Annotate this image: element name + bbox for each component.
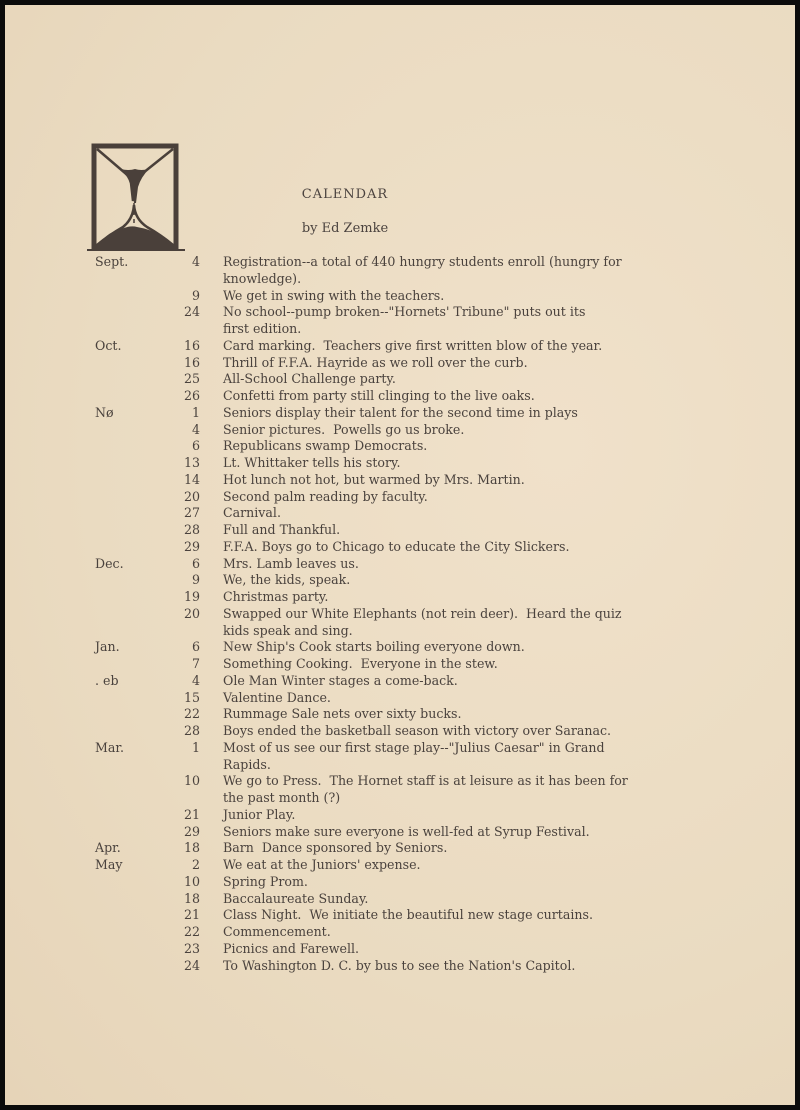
entry-month (5, 807, 172, 824)
entry-month (5, 790, 172, 807)
calendar-entry: 28Full and Thankful. (5, 522, 795, 539)
entry-day: 28 (172, 522, 200, 539)
byline: by Ed Zemke (255, 221, 435, 236)
entry-month (5, 355, 172, 372)
entry-day: 24 (172, 304, 200, 321)
calendar-entry: . eb4Ole Man Winter stages a come-back. (5, 673, 795, 690)
entry-month (5, 422, 172, 439)
hourglass-icon (91, 143, 179, 251)
entry-month (5, 924, 172, 941)
entry-month (5, 656, 172, 673)
entry-day: 4 (172, 422, 200, 439)
entry-text: first edition. (200, 321, 723, 338)
calendar-entry: 7Something Cooking. Everyone in the stew… (5, 656, 795, 673)
calendar-entry: Sept.4Registration--a total of 440 hungr… (5, 254, 795, 271)
calendar-entry: 22Rummage Sale nets over sixty bucks. (5, 706, 795, 723)
entry-day: 26 (172, 388, 200, 405)
document-page: CALENDAR by Ed Zemke Sept.4Registration-… (5, 5, 795, 1105)
entry-month (5, 438, 172, 455)
entry-text: Valentine Dance. (200, 690, 723, 707)
calendar-entry: 24No school--pump broken--"Hornets' Trib… (5, 304, 795, 321)
entry-text: Ole Man Winter stages a come-back. (200, 673, 723, 690)
entry-text: Registration--a total of 440 hungry stud… (200, 254, 723, 271)
entry-text: Baccalaureate Sunday. (200, 891, 723, 908)
entry-text: Class Night. We initiate the beautiful n… (200, 907, 723, 924)
entry-text: Picnics and Farewell. (200, 941, 723, 958)
calendar-entry-continuation: knowledge). (5, 271, 795, 288)
calendar-entry-continuation: kids speak and sing. (5, 623, 795, 640)
entry-text: Most of us see our first stage play--"Ju… (200, 740, 723, 757)
entry-day: 25 (172, 371, 200, 388)
entry-text: Hot lunch not hot, but warmed by Mrs. Ma… (200, 472, 723, 489)
calendar-entry: Dec.6Mrs. Lamb leaves us. (5, 556, 795, 573)
entry-day: 7 (172, 656, 200, 673)
entry-day: 28 (172, 723, 200, 740)
calendar-entry: 13Lt. Whittaker tells his story. (5, 455, 795, 472)
entry-month (5, 941, 172, 958)
entry-month (5, 723, 172, 740)
entry-day: 18 (172, 891, 200, 908)
calendar-entry: 23Picnics and Farewell. (5, 941, 795, 958)
entry-day: 4 (172, 254, 200, 271)
calendar-entry: 20Second palm reading by faculty. (5, 489, 795, 506)
calendar-entry: 15Valentine Dance. (5, 690, 795, 707)
calendar-entry: May2We eat at the Juniors' expense. (5, 857, 795, 874)
entry-month: Jan. (5, 639, 172, 656)
entry-month (5, 773, 172, 790)
entry-month (5, 824, 172, 841)
entry-month (5, 321, 172, 338)
calendar-entry: 6Republicans swamp Democrats. (5, 438, 795, 455)
entry-month: Oct. (5, 338, 172, 355)
entry-text: the past month (?) (200, 790, 723, 807)
calendar-entry: 20Swapped our White Elephants (not rein … (5, 606, 795, 623)
entry-text: Something Cooking. Everyone in the stew. (200, 656, 723, 673)
entry-month (5, 690, 172, 707)
entry-month: Mar. (5, 740, 172, 757)
entry-day (172, 271, 200, 288)
entry-text: Rummage Sale nets over sixty bucks. (200, 706, 723, 723)
entry-text: We eat at the Juniors' expense. (200, 857, 723, 874)
entry-day (172, 623, 200, 640)
entry-day: 29 (172, 824, 200, 841)
entry-text: knowledge). (200, 271, 723, 288)
calendar-entry: Jan.6New Ship's Cook starts boiling ever… (5, 639, 795, 656)
calendar-entry: 21Junior Play. (5, 807, 795, 824)
calendar-entry: Mar.1Most of us see our first stage play… (5, 740, 795, 757)
entry-day: 21 (172, 907, 200, 924)
entry-text: Rapids. (200, 757, 723, 774)
entry-month (5, 623, 172, 640)
entry-month (5, 455, 172, 472)
entry-text: Full and Thankful. (200, 522, 723, 539)
entry-text: Lt. Whittaker tells his story. (200, 455, 723, 472)
calendar-entry: 10We go to Press. The Hornet staff is at… (5, 773, 795, 790)
entry-month (5, 907, 172, 924)
calendar-entry: Oct.16Card marking. Teachers give first … (5, 338, 795, 355)
entry-text: Senior pictures. Powells go us broke. (200, 422, 723, 439)
entry-day: 27 (172, 505, 200, 522)
calendar-entry: 10Spring Prom. (5, 874, 795, 891)
entry-month (5, 304, 172, 321)
calendar-entry: 29F.F.A. Boys go to Chicago to educate t… (5, 539, 795, 556)
entry-month: Sept. (5, 254, 172, 271)
entry-text: Swapped our White Elephants (not rein de… (200, 606, 723, 623)
entry-month (5, 572, 172, 589)
entry-text: New Ship's Cook starts boiling everyone … (200, 639, 723, 656)
entry-text: Mrs. Lamb leaves us. (200, 556, 723, 573)
entry-month (5, 288, 172, 305)
entry-month (5, 539, 172, 556)
entry-month: May (5, 857, 172, 874)
entry-text: Second palm reading by faculty. (200, 489, 723, 506)
entry-text: Republicans swamp Democrats. (200, 438, 723, 455)
entry-day: 24 (172, 958, 200, 975)
entry-text: We, the kids, speak. (200, 572, 723, 589)
entry-day: 23 (172, 941, 200, 958)
entry-day: 10 (172, 773, 200, 790)
calendar-entry: 9We get in swing with the teachers. (5, 288, 795, 305)
entry-month (5, 388, 172, 405)
entry-text: F.F.A. Boys go to Chicago to educate the… (200, 539, 723, 556)
entry-text: Junior Play. (200, 807, 723, 824)
entry-day: 19 (172, 589, 200, 606)
entry-text: Card marking. Teachers give first writte… (200, 338, 723, 355)
entry-month: . eb (5, 673, 172, 690)
calendar-entries: Sept.4Registration--a total of 440 hungr… (5, 254, 795, 974)
entry-day: 18 (172, 840, 200, 857)
calendar-entry-continuation: Rapids. (5, 757, 795, 774)
entry-day: 6 (172, 639, 200, 656)
entry-text: We get in swing with the teachers. (200, 288, 723, 305)
entry-day: 1 (172, 405, 200, 422)
entry-month (5, 958, 172, 975)
entry-day: 15 (172, 690, 200, 707)
calendar-entry: 14Hot lunch not hot, but warmed by Mrs. … (5, 472, 795, 489)
entry-text: kids speak and sing. (200, 623, 723, 640)
entry-day: 9 (172, 288, 200, 305)
entry-day: 16 (172, 338, 200, 355)
entry-month (5, 589, 172, 606)
calendar-entry: 27Carnival. (5, 505, 795, 522)
entry-text: Boys ended the basketball season with vi… (200, 723, 723, 740)
calendar-entry: 24To Washington D. C. by bus to see the … (5, 958, 795, 975)
entry-month (5, 706, 172, 723)
entry-day: 20 (172, 606, 200, 623)
entry-month (5, 606, 172, 623)
entry-month: Apr. (5, 840, 172, 857)
entry-text: No school--pump broken--"Hornets' Tribun… (200, 304, 723, 321)
calendar-entry: Apr.18Barn Dance sponsored by Seniors. (5, 840, 795, 857)
entry-day: 1 (172, 740, 200, 757)
entry-month (5, 505, 172, 522)
entry-day: 16 (172, 355, 200, 372)
calendar-entry: 26Confetti from party still clinging to … (5, 388, 795, 405)
entry-month: Dec. (5, 556, 172, 573)
entry-text: To Washington D. C. by bus to see the Na… (200, 958, 723, 975)
calendar-entry: 28Boys ended the basketball season with … (5, 723, 795, 740)
calendar-entry: 4Senior pictures. Powells go us broke. (5, 422, 795, 439)
entry-day (172, 321, 200, 338)
calendar-entry: 19Christmas party. (5, 589, 795, 606)
calendar-entry: 18Baccalaureate Sunday. (5, 891, 795, 908)
entry-day: 14 (172, 472, 200, 489)
entry-day: 9 (172, 572, 200, 589)
entry-day: 10 (172, 874, 200, 891)
entry-day: 4 (172, 673, 200, 690)
entry-month (5, 489, 172, 506)
entry-text: Spring Prom. (200, 874, 723, 891)
entry-day: 29 (172, 539, 200, 556)
entry-month (5, 522, 172, 539)
entry-month (5, 371, 172, 388)
entry-text: Carnival. (200, 505, 723, 522)
entry-text: Confetti from party still clinging to th… (200, 388, 723, 405)
calendar-entry: 29Seniors make sure everyone is well-fed… (5, 824, 795, 841)
entry-day (172, 790, 200, 807)
entry-month (5, 271, 172, 288)
entry-day: 22 (172, 924, 200, 941)
entry-month: Nø (5, 405, 172, 422)
entry-day: 2 (172, 857, 200, 874)
calendar-entry: 25All-School Challenge party. (5, 371, 795, 388)
entry-text: Christmas party. (200, 589, 723, 606)
entry-day: 20 (172, 489, 200, 506)
calendar-entry-continuation: first edition. (5, 321, 795, 338)
entry-day: 22 (172, 706, 200, 723)
entry-day: 13 (172, 455, 200, 472)
entry-day: 21 (172, 807, 200, 824)
page-title: CALENDAR (255, 187, 435, 202)
entry-day: 6 (172, 556, 200, 573)
hourglass-underline (87, 249, 185, 251)
entry-text: Commencement. (200, 924, 723, 941)
entry-day (172, 757, 200, 774)
entry-text: We go to Press. The Hornet staff is at l… (200, 773, 723, 790)
calendar-entry-continuation: the past month (?) (5, 790, 795, 807)
calendar-entry: 9We, the kids, speak. (5, 572, 795, 589)
entry-text: All-School Challenge party. (200, 371, 723, 388)
entry-month (5, 874, 172, 891)
entry-day: 6 (172, 438, 200, 455)
entry-text: Seniors display their talent for the sec… (200, 405, 723, 422)
calendar-entry: Nø1Seniors display their talent for the … (5, 405, 795, 422)
calendar-entry: 21Class Night. We initiate the beautiful… (5, 907, 795, 924)
entry-text: Thrill of F.F.A. Hayride as we roll over… (200, 355, 723, 372)
entry-month (5, 472, 172, 489)
entry-text: Seniors make sure everyone is well-fed a… (200, 824, 723, 841)
calendar-entry: 22Commencement. (5, 924, 795, 941)
entry-text: Barn Dance sponsored by Seniors. (200, 840, 723, 857)
entry-month (5, 757, 172, 774)
entry-month (5, 891, 172, 908)
calendar-entry: 16Thrill of F.F.A. Hayride as we roll ov… (5, 355, 795, 372)
